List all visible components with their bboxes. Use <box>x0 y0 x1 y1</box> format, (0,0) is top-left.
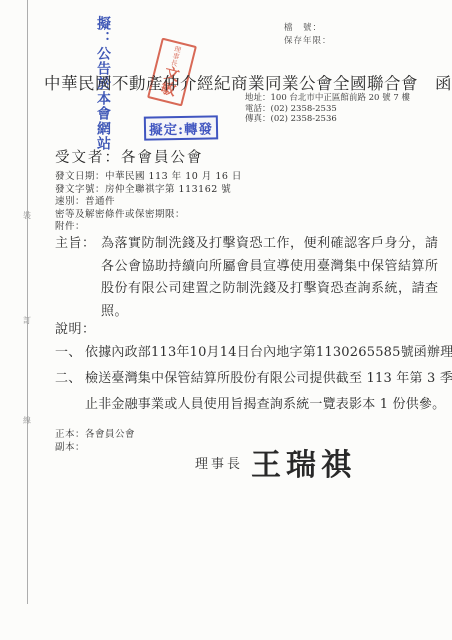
recipient-line: 受文者：各會員公會 <box>55 146 204 167</box>
subject-block: 主旨： 為落實防制洗錢及打擊資恐工作，便利確認客戶身分，請 各公會協助持續向所屬… <box>55 233 427 323</box>
doc-number-line: 發文字號：房仲全聯祺字第 113162 號 <box>55 184 242 197</box>
file-number-label: 檔 號： <box>284 22 332 35</box>
org-phone: 電話：(02) 2358-2535 <box>245 104 410 115</box>
original-copy-line: 正本：各會員公會 <box>55 428 135 441</box>
letter-title: 中華民國不動產仲介經紀商業同業公會全國聯合會 函 <box>44 70 444 94</box>
subject-line: 股份有限公司建置之防制洗錢及打擊資恐查詢系統，請查 <box>101 278 439 301</box>
subject-line: 各公會協助持續向所屬會員宣導使用臺灣集中保管結算所 <box>101 256 439 279</box>
approval-blue-stamp: 擬定:轉發 <box>144 115 218 140</box>
scanned-letter-page: 裝 訂 線 檔 號： 保存年限： 擬：公告於本會網站 理事長 文敏 中華民國不動… <box>0 0 452 640</box>
explanation-line: 依據內政部113年10月14日台內地字第1130265585號函辦理。 <box>85 340 452 366</box>
explanation-item-2: 二、 檢送臺灣集中保管結算所股份有限公司提供截至 113 年第 3 季 止非金融… <box>55 366 435 418</box>
document-meta-block: 發文日期：中華民國 113 年 10 月 16 日 發文字號：房仲全聯祺字第 1… <box>55 171 242 234</box>
binding-edge-line <box>27 0 28 604</box>
item-number: 二、 <box>55 366 85 418</box>
item-content: 檢送臺灣集中保管結算所股份有限公司提供截至 113 年第 3 季 止非金融事業或… <box>85 366 452 418</box>
subject-line: 照。 <box>101 301 439 324</box>
item-number: 一、 <box>55 340 85 366</box>
cc-copy-line: 副本： <box>55 441 135 454</box>
item-content: 依據內政部113年10月14日台內地字第1130265585號函辦理。 <box>85 340 452 366</box>
signer-title: 理事長 <box>195 453 243 472</box>
binding-mark-xian: 線 <box>20 415 34 426</box>
subject-content: 為落實防制洗錢及打擊資恐工作，便利確認客戶身分，請 各公會協助持續向所屬會員宣導… <box>101 233 439 323</box>
classification-line: 密等及解密條件或保密期限： <box>55 209 242 222</box>
subject-label: 主旨： <box>55 233 101 323</box>
archive-labels: 檔 號： 保存年限： <box>284 22 332 48</box>
copies-block: 正本：各會員公會 副本： <box>55 428 135 454</box>
explanation-item-1: 一、 依據內政部113年10月14日台內地字第1130265585號函辦理。 <box>55 340 435 366</box>
retention-period-label: 保存年限： <box>284 35 332 48</box>
signature-block: 理事長 王瑞祺 <box>195 440 356 484</box>
explanation-line: 檢送臺灣集中保管結算所股份有限公司提供截至 113 年第 3 季 <box>85 366 452 392</box>
subject-line: 為落實防制洗錢及打擊資恐工作，便利確認客戶身分，請 <box>101 233 439 256</box>
org-contact-block: 地址：100 台北市中正區館前路 20 號 7 樓 電話：(02) 2358-2… <box>245 93 410 125</box>
org-fax: 傳真：(02) 2358-2536 <box>245 114 410 125</box>
org-address: 地址：100 台北市中正區館前路 20 號 7 樓 <box>245 93 410 104</box>
priority-line: 速別：普通件 <box>55 196 242 209</box>
explanation-label: 說明： <box>55 318 96 337</box>
binding-mark-zhuang: 裝 <box>20 210 34 221</box>
signer-name: 王瑞祺 <box>251 440 356 484</box>
explanation-line: 止非金融事業或人員使用旨揭查詢系統一覽表影本 1 份供參。 <box>85 392 452 418</box>
issue-date-line: 發文日期：中華民國 113 年 10 月 16 日 <box>55 171 242 184</box>
red-seal-small-text: 理事長 <box>170 45 183 67</box>
binding-mark-ding: 訂 <box>20 315 34 326</box>
